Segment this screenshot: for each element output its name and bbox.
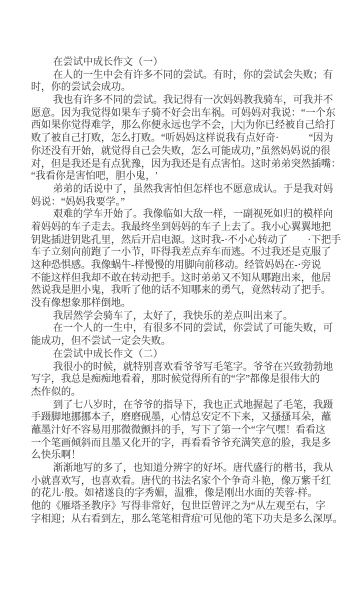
text-line: 对，但是我还是有点犹豫，因为我还是有点害怕。这时弟弟突然插嘴： [31, 159, 353, 172]
text-line: 一个笔画倾斜而且墨又化开的字，再看看爷爷充满笑意的脸，我是多 [31, 438, 353, 451]
text-line: 然说我是胆小鬼，我听了他的话不知哪来的勇气，竟然转动了把手。 [31, 285, 353, 298]
text-line: 蘸墨汁好不容易用那微微颤抖的手，写下了第一个“字气嘿！看看这 [31, 425, 353, 438]
text-line: 字相迎；从右看到左，那么笔笔相背疽'可见他的笔下功夫是多么深厚。 [31, 514, 353, 527]
text-line: 不能这样但我却不敢在转动把手。这时弟弟又不知从哪跑出来，他居 [31, 273, 353, 286]
text-line: 着妈妈的车子走去。我最终坐到妈妈的车子上去了。我小心翼翼地把 [31, 222, 353, 235]
text-line: 杰作似的。 [31, 387, 353, 400]
text-line: 到了七八岁时，在爷爷的指导下，我也正式地握起了毛笔，我蹑 [31, 400, 353, 413]
text-line: 写字，我总是痴痴地看着，那时候觉得所有的“字”都像是很伟大的 [31, 374, 353, 387]
text-line: 没有像想象那样倒地。 [31, 298, 353, 311]
text-line: 么快乐啊！ [31, 450, 353, 463]
text-line: 在一个人的一生中，有很多不同的尝试，你尝试了可能失败，可 [31, 323, 353, 336]
text-line: 败了被自己打败，怎么打败。“听妈妈这样说我有点好奇· “因为 [31, 133, 353, 146]
text-line: 手蹑脚地挪挪本子，磨磨砚墨，心情总安定不下来，又搔搔耳朵，蘸 [31, 412, 353, 425]
text-line: 弟弟的话说中了，虽然我害怕但怎样也不愿意成认。于是我对妈 [31, 184, 353, 197]
text-line: 我也有许多不同的尝试。我记得有一次妈妈教我骑车，可我并不 [31, 95, 353, 108]
text-line: 西如果你觉得难学，那么你便永远也学不会，|大|为你已经被自己给打 [31, 120, 353, 133]
document-body: 在尝试中成长作文（一）在人的一生中会有许多不同的尝试。有时，你的尝试会失败；有时… [31, 57, 353, 526]
text-line: “我看你是害怕吧，胆小鬼，' [31, 171, 353, 184]
text-line: 在人的一生中会有许多不同的尝试。有时，你的尝试会失败；有 [31, 70, 353, 83]
text-line: 小就喜欢写，也喜欢看。唐代的书法名家个个争奇斗艳，像万紫千红 [31, 476, 353, 489]
text-line: 艰难的学车开始了。我像临如大敌一样，一副视死如归的模样向 [31, 209, 353, 222]
text-line: 渐渐地写的多了，也知道分辨字的好坏。唐代盛行的楷书，我从 [31, 463, 353, 476]
text-line: 时，你的尝试会成功。 [31, 82, 353, 95]
text-line: 你还没有开始，就觉得自己会失败，怎么可能成功，”虽然妈妈说的很 [31, 146, 353, 159]
text-line: 愿意。因为我觉得如果车子骑不好会出车祸。可妈妈对我说：“一个东 [31, 108, 353, 121]
text-line: 车子立刻向前跑了一小节，吓得我差点弃车而逃。不过我还是克服了 [31, 247, 353, 260]
document-page: 在尝试中成长作文（一）在人的一生中会有许多不同的尝试。有时，你的尝试会失败；有时… [0, 0, 364, 600]
text-line: 钥匙插进钥匙孔里，然后开启电源。这时我-·不小心转动了 ·下把手 [31, 235, 353, 248]
text-line: 能成功，但不尝试一定会失败。 [31, 336, 353, 349]
essay-title: 在尝试中成长作文（一） [31, 57, 353, 70]
text-line: 我很小的时候，就特别喜欢看爷爷写毛笔字。爷爷在兴致勃勃地 [31, 362, 353, 375]
essay-title: 在尝试中成长作文（二） [31, 349, 353, 362]
text-line: 他的《雁塔圣教序》写得非常好，包世臣曾评之为“从左观至右，字 [31, 501, 353, 514]
text-line: 我居然学会骑车了，太好了，我快乐的差点叫出来了。 [31, 311, 353, 324]
text-line: 的花儿·般。如褚遂良的字秀媚，温雅，像是刚出水面的芙蓉·样。 [31, 488, 353, 501]
text-line: 妈说：“妈妈我要学。” [31, 197, 353, 210]
text-line: 这种恐惧感。我像蜗牛-样慢慢的用脚向前移动。经管妈妈在-·旁说 [31, 260, 353, 273]
